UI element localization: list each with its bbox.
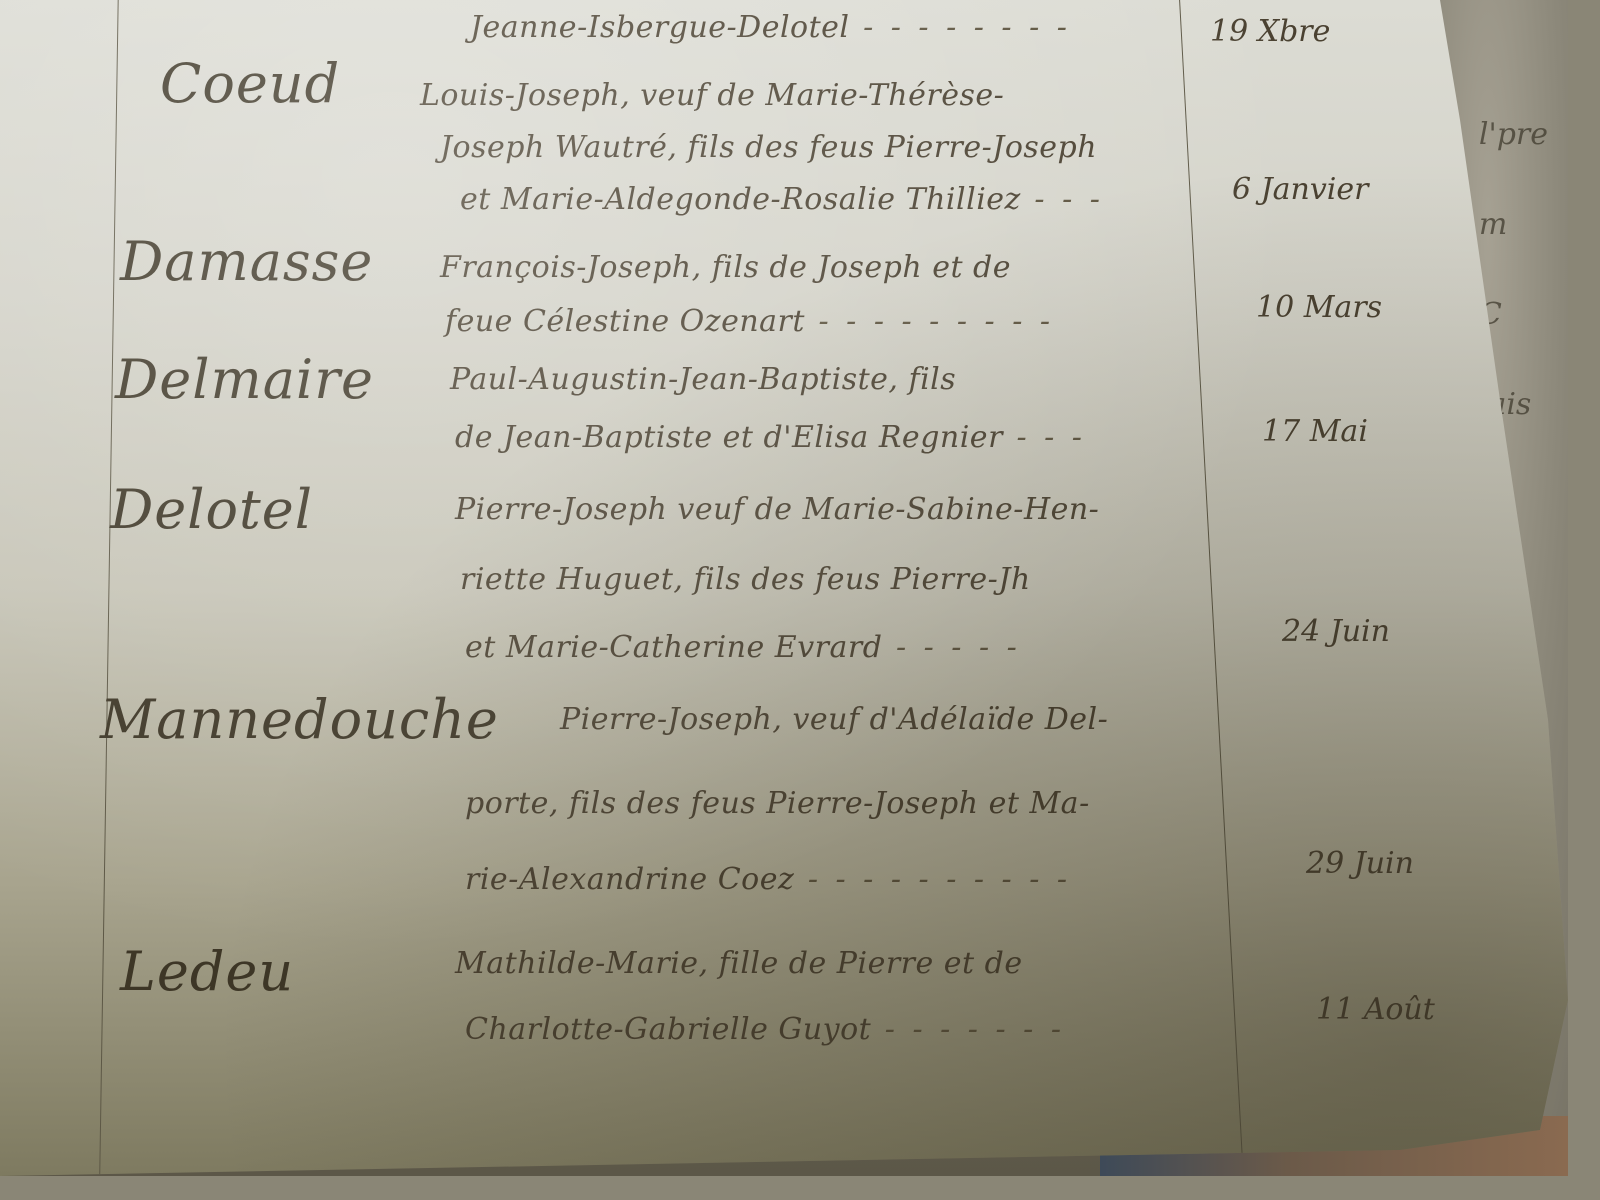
entry-date: 11 Août xyxy=(1316,992,1435,1027)
entry-line: Paul-Augustin-Jean-Baptiste, fils xyxy=(450,362,956,397)
entry-line: et Marie-Aldegonde-Rosalie Thilliez - - … xyxy=(460,182,1104,217)
entry-line: Jeanne-Isbergue-Delotel - - - - - - - - xyxy=(470,10,1071,45)
entry-line: Louis-Joseph, veuf de Marie-Thérèse- xyxy=(420,78,1004,113)
entry-line: Paul-Augustin-Jean-Baptiste, filsde Jean… xyxy=(455,420,1086,455)
entry-surname: Mannedouche xyxy=(100,688,499,751)
backdrop-fragment: l'pre xyxy=(1479,90,1548,180)
entry-line: Pierre-Joseph, veuf d'Adélaïde Del- xyxy=(560,702,1108,737)
entry-line: et Marie-Catherine Evrard - - - - - xyxy=(465,630,1021,665)
backdrop-fragment: m xyxy=(1479,180,1548,270)
entry-line: Charlotte-Gabrielle Guyot - - - - - - - xyxy=(465,1012,1065,1047)
register-page: Jeanne-Isbergue-Delotel - - - - - - - - … xyxy=(0,0,1568,1176)
entry-surname: Ledeu xyxy=(120,940,294,1003)
entry-surname: Delmaire xyxy=(115,348,374,411)
entry-date: 6 Janvier xyxy=(1232,172,1369,207)
entry-line: porte, fils des feus Pierre-Joseph et Ma… xyxy=(465,786,1090,821)
entry-date: 10 Mars xyxy=(1256,290,1382,325)
entry-line: Mathilde-Marie, fille de Pierre et de xyxy=(455,946,1023,981)
entry-line: François-Joseph, fils de Joseph et de xyxy=(440,250,1011,285)
entry-date: 19 Xbre xyxy=(1210,14,1330,49)
entry-line: rie-Alexandrine Coez - - - - - - - - - - xyxy=(465,862,1071,897)
photo-stage: l'pre m C lais Jeanne-Isbergue-Delotel -… xyxy=(0,0,1568,1176)
entry-line: feue Célestine Ozenart - - - - - - - - - xyxy=(445,304,1054,339)
entry-surname: Coeud xyxy=(160,52,340,115)
entry-surname: Damasse xyxy=(120,230,373,293)
entry-line: riette Huguet, fils des feus Pierre-Jh xyxy=(460,562,1031,597)
entry-surname: Delotel xyxy=(110,478,313,541)
left-margin-rule xyxy=(99,0,119,1176)
entry-date: 29 Juin xyxy=(1306,846,1414,881)
entry-line: Joseph Wautré, fils des feus Pierre-Jose… xyxy=(440,130,1097,165)
entry-date: 17 Mai xyxy=(1262,414,1368,449)
entry-date: 24 Juin xyxy=(1282,614,1390,649)
entry-line: Pierre-Joseph veuf de Marie-Sabine-Hen- xyxy=(455,492,1099,527)
